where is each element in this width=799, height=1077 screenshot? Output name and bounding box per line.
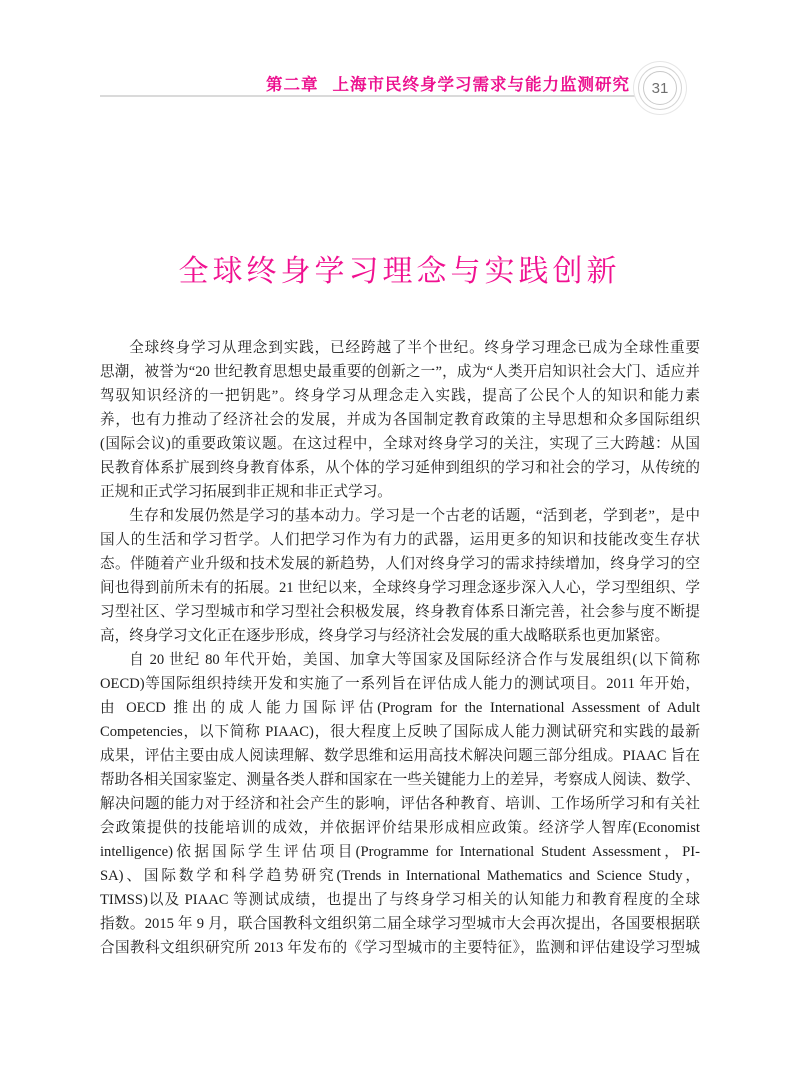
text-line: 思潮，被誉为“20 世纪教育思想史最重要的创新之一”，成为“人类开启知识社会大门… [100,360,700,384]
text-line: 正规和正式学习拓展到非正规和非正式学习。 [100,480,700,504]
text-line: 间也得到前所未有的拓展。21 世纪以来，全球终身学习理念逐步深入人心，学习型组织… [100,576,700,600]
page-title: 全球终身学习理念与实践创新 [0,246,799,290]
chapter-label: 第二章 [266,76,319,94]
book-page: 第二章上海市民终身学习需求与能力监测研究 31 全球终身学习理念与实践创新 全球… [0,0,799,1077]
text-line: 习型社区、学习型城市和学习型社会积极发展，终身教育体系日渐完善，社会参与度不断提 [100,600,700,624]
chapter-title: 上海市民终身学习需求与能力监测研究 [333,76,631,94]
text-line: 成果，评估主要由成人阅读理解、数学思维和运用高技术解决问题三部分组成。PIAAC… [100,744,700,768]
text-line: 高，终身学习文化正在逐步形成，终身学习与经济社会发展的重大战略联系也更加紧密。 [100,624,700,648]
header-rule [100,95,660,97]
text-line: intelligence)依据国际学生评估项目(Programme for In… [100,840,700,864]
text-line: 解决问题的能力对于经济和社会产生的影响，评估各种教育、培训、工作场所学习和有关社 [100,792,700,816]
text-line: 由 OECD 推出的成人能力国际评估(Program for the Inter… [100,696,700,720]
text-line: 民教育体系扩展到终身教育体系，从个体的学习延伸到组织的学习和社会的学习，从传统的 [100,456,700,480]
text-line: 指数。2015 年 9 月，联合国教科文组织第二届全球学习型城市大会再次提出，各… [100,912,700,936]
text-line: 自 20 世纪 80 年代开始，美国、加拿大等国家及国际经济合作与发展组织(以下… [100,648,700,672]
text-line: 帮助各相关国家鉴定、测量各类人群和国家在一些关键能力上的差异，考察成人阅读、数学… [100,768,700,792]
text-line: 态。伴随着产业升级和技术发展的新趋势，人们对终身学习的需求持续增加，终身学习的空 [100,552,700,576]
running-head: 第二章上海市民终身学习需求与能力监测研究 [266,71,630,95]
body-text: 全球终身学习从理念到实践，已经跨越了半个世纪。终身学习理念已成为全球性重要思潮，… [100,336,700,960]
text-line: 合国教科文组织研究所 2013 年发布的《学习型城市的主要特征》，监测和评估建设… [100,936,700,960]
text-line: 会政策提供的技能培训的成效，并依据评价结果形成相应政策。经济学人智库(Econo… [100,816,700,840]
text-line: 生存和发展仍然是学习的基本动力。学习是一个古老的话题，“活到老，学到老”，是中 [100,504,700,528]
page-number: 31 [652,80,669,97]
text-line: 国人的生活和学习哲学。人们把学习作为有力的武器，运用更多的知识和技能改变生存状 [100,528,700,552]
text-line: OECD)等国际组织持续开发和实施了一系列旨在评估成人能力的测试项目。2011 … [100,672,700,696]
text-line: TIMSS)以及 PIAAC 等测试成绩，也提出了与终身学习相关的认知能力和教育… [100,888,700,912]
page-number-badge: 31 [643,71,677,105]
text-line: (国际会议)的重要政策议题。在这过程中，全球对终身学习的关注，实现了三大跨越：从… [100,432,700,456]
text-line: 全球终身学习从理念到实践，已经跨越了半个世纪。终身学习理念已成为全球性重要 [100,336,700,360]
text-line: 驾驭知识经济的一把钥匙”。终身学习从理念走入实践，提高了公民个人的知识和能力素 [100,384,700,408]
text-line: 养，也有力推动了经济社会的发展，并成为各国制定教育政策的主导思想和众多国际组织 [100,408,700,432]
text-line: Competencies，以下简称 PIAAC)，很大程度上反映了国际成人能力测… [100,720,700,744]
text-line: SA)、国际数学和科学趋势研究(Trends in International … [100,864,700,888]
